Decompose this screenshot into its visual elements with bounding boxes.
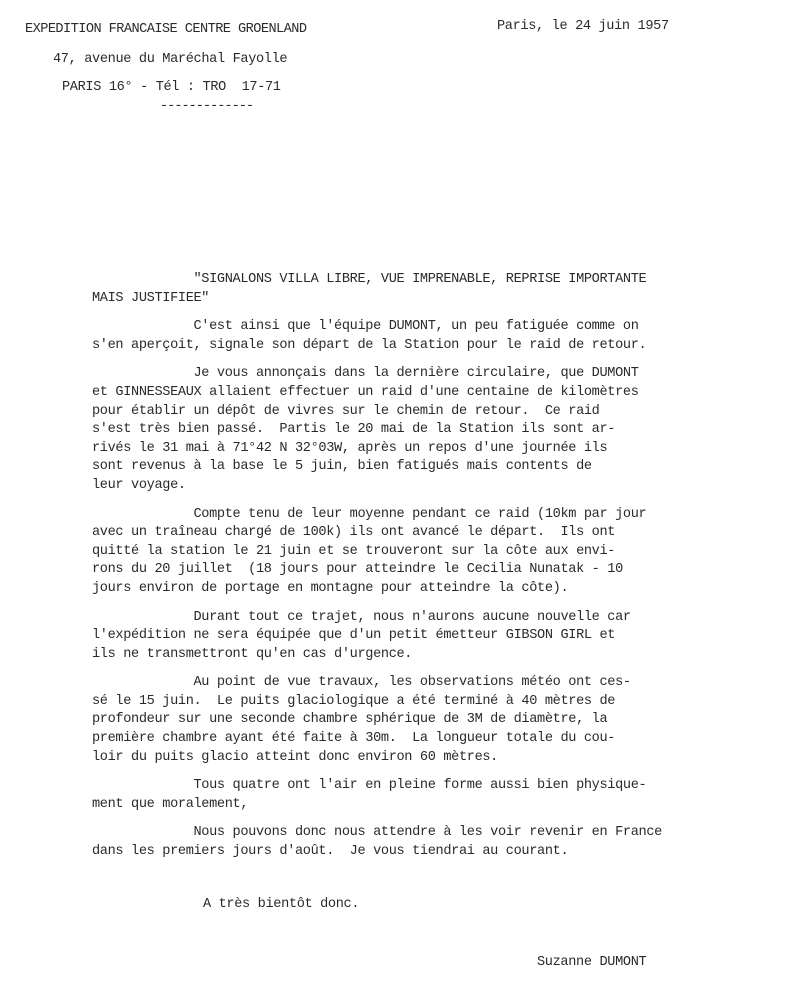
paragraph-gap [92,308,792,318]
paragraph-line: Compte tenu de leur moyenne pendant ce r… [92,506,792,525]
paragraph-line: sé le 15 juin. Le puits glaciologique a … [92,693,792,712]
paragraph-gap [92,355,792,365]
letterhead-rule: ------------- [160,98,253,117]
paragraph-line: rons du 20 juillet (18 jours pour attein… [92,561,792,580]
paragraph-line: Tous quatre ont l'air en pleine forme au… [92,777,792,796]
paragraph-line: leur voyage. [92,477,792,496]
paragraph-line: et GINNESSEAUX allaient effectuer un rai… [92,384,792,403]
paragraph: C'est ainsi que l'équipe DUMONT, un peu … [92,318,792,355]
paragraph-line: jours environ de portage en montagne pou… [92,580,792,599]
paragraph-gap [92,767,792,777]
paragraph-gap [92,664,792,674]
paragraph: Nous pouvons donc nous attendre à les vo… [92,824,792,861]
paragraph-line: Je vous annonçais dans la dernière circu… [92,365,792,384]
letter-body: "SIGNALONS VILLA LIBRE, VUE IMPRENABLE, … [92,271,792,862]
paragraph: Durant tout ce trajet, nous n'aurons auc… [92,609,792,665]
paragraph-line: avec un traîneau chargé de 100k) ils ont… [92,524,792,543]
paragraph-line: pour établir un dépôt de vivres sur le c… [92,403,792,422]
paragraph: Je vous annonçais dans la dernière circu… [92,365,792,495]
letterhead-city-phone: PARIS 16° - Tél : TRO 17-71 [62,79,281,98]
paragraph-line: C'est ainsi que l'équipe DUMONT, un peu … [92,318,792,337]
paragraph-line: s'est très bien passé. Partis le 20 mai … [92,421,792,440]
paragraph-line: rivés le 31 mai à 71°42 N 32°03W, après … [92,440,792,459]
paragraph-line: première chambre ayant été faite à 30m. … [92,730,792,749]
paragraph-line: l'expédition ne sera équipée que d'un pe… [92,627,792,646]
closing-line: A très bientôt donc. [203,896,359,915]
letterhead-organization: EXPEDITION FRANCAISE CENTRE GROENLAND [25,21,306,40]
paragraph-line: Nous pouvons donc nous attendre à les vo… [92,824,792,843]
paragraph-line: ils ne transmettront qu'en cas d'urgence… [92,646,792,665]
paragraph: "SIGNALONS VILLA LIBRE, VUE IMPRENABLE, … [92,271,792,308]
paragraph-line: dans les premiers jours d'août. Je vous … [92,843,792,862]
paragraph-line: quitté la station le 21 juin et se trouv… [92,543,792,562]
paragraph: Au point de vue travaux, les observation… [92,674,792,767]
paragraph-gap [92,496,792,506]
paragraph-line: sont revenus à la base le 5 juin, bien f… [92,458,792,477]
paragraph-gap [92,814,792,824]
paragraph-line: Durant tout ce trajet, nous n'aurons auc… [92,609,792,628]
paragraph-line: ment que moralement, [92,796,792,815]
letterhead-address: 47, avenue du Maréchal Fayolle [53,51,287,70]
paragraph-line: profondeur sur une seconde chambre sphér… [92,711,792,730]
paragraph-line: s'en aperçoit, signale son départ de la … [92,337,792,356]
signature: Suzanne DUMONT [537,954,646,973]
paragraph-line: Au point de vue travaux, les observation… [92,674,792,693]
paragraph-line: MAIS JUSTIFIEE" [92,290,792,309]
paragraph-line: loir du puits glacio atteint donc enviro… [92,749,792,768]
paragraph-line: "SIGNALONS VILLA LIBRE, VUE IMPRENABLE, … [92,271,792,290]
paragraph: Tous quatre ont l'air en pleine forme au… [92,777,792,814]
date-line: Paris, le 24 juin 1957 [497,18,669,37]
paragraph: Compte tenu de leur moyenne pendant ce r… [92,506,792,599]
paragraph-gap [92,599,792,609]
